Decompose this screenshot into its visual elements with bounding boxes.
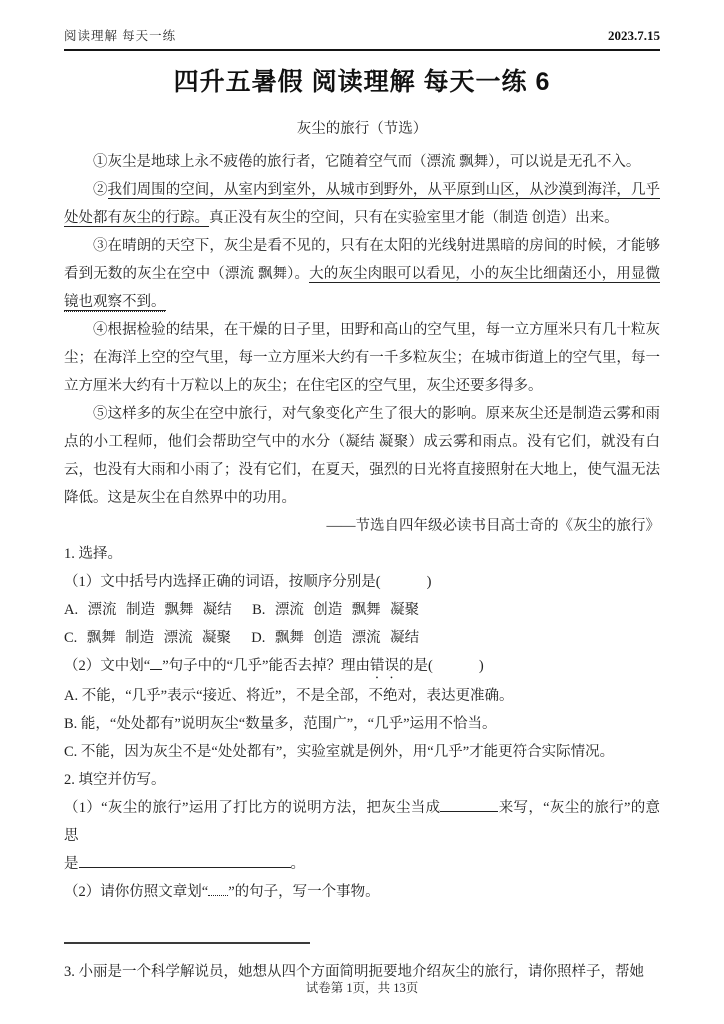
question-1-2-option-b: B. 能，“处处都有”说明灰尘“数量多，范围广”，“几乎”运用不恰当。: [64, 710, 660, 738]
passage-subtitle: 灰尘的旅行（节选）: [64, 119, 660, 139]
page-title: 四升五暑假 阅读理解 每天一练 6: [64, 65, 660, 99]
question-1-1-options-row-1: A. 漂流 制造 飘舞 凝结B. 漂流 创造 飘舞 凝聚: [64, 596, 660, 624]
question-1-stem: 1. 选择。: [64, 540, 660, 568]
passage-attribution: ——节选自四年级必读书目高士奇的《灰尘的旅行》: [64, 512, 660, 540]
question-1-2-emphasized-word: 错误: [370, 658, 399, 674]
question-1-2-text-pre: （2）文中划“: [64, 658, 150, 674]
question-1-2: （2）文中划“”句子中的“几乎”能否去掉？理由错误的是(): [64, 652, 660, 682]
answer-writing-line: [64, 942, 310, 944]
question-2-2-text-post: ”的句子，写一个事物。: [228, 884, 379, 900]
paragraph-3-underlined-tail: 镜也观察不到。: [64, 294, 166, 311]
option-b: B. 漂流 创造 飘舞 凝聚: [252, 602, 419, 618]
page-header: 阅读理解 每天一练 2023.7.15: [64, 26, 660, 51]
question-1-1: （1）文中括号内选择正确的词语，按顺序分别是(): [64, 568, 660, 596]
question-1-2-close-paren: ): [479, 658, 484, 674]
paragraph-2-rest: 真正没有灰尘的空间，只有在实验室里才能（制造 创造）出来。: [209, 210, 619, 226]
question-2-1-line2-period: 。: [291, 856, 306, 872]
passage-paragraph-5: ⑤这样多的灰尘在空中旅行，对气象变化产生了很大的影响。原来灰尘还是制造云雾和雨点…: [64, 400, 660, 512]
passage-paragraph-4: ④根据检验的结果，在干燥的日子里，田野和高山的空气里，每一立方厘米只有几十粒灰尘…: [64, 316, 660, 400]
question-1-2-text-mid: ”句子中的“几乎”能否去掉？理由: [162, 658, 370, 674]
question-1-2-option-c: C. 不能，因为灰尘不是“处处都有”，实验室就是例外，用“几乎”才能更符合实际情…: [64, 738, 660, 766]
question-1-1-options-row-2: C. 飘舞 制造 漂流 凝聚D. 飘舞 创造 漂流 凝结: [64, 624, 660, 652]
question-2-2-text-pre: （2）请你仿照文章划“: [64, 884, 208, 900]
question-2-1-text-pre: （1）“灰尘的旅行”运用了打比方的说明方法，把灰尘当成: [64, 800, 440, 816]
question-1-2-text-post: 的是(: [399, 658, 433, 674]
option-d: D. 飘舞 创造 漂流 凝结: [251, 630, 419, 646]
question-2-1: （1）“灰尘的旅行”运用了打比方的说明方法，把灰尘当成来写，“灰尘的旅行”的意思…: [64, 794, 660, 878]
passage: ①灰尘是地球上永不疲倦的旅行者，它随着空气而（漂流 飘舞），可以说是无孔不入。 …: [64, 148, 660, 540]
passage-paragraph-3: ③在晴朗的天空下，灰尘是看不见的，只有在太阳的光线射进黑暗的房间的时候，才能够看…: [64, 232, 660, 316]
passage-paragraph-1: ①灰尘是地球上永不疲倦的旅行者，它随着空气而（漂流 飘舞），可以说是无孔不入。: [64, 148, 660, 176]
question-2-stem: 2. 填空并仿写。: [64, 766, 660, 794]
wavy-underline-mark: [208, 881, 228, 896]
fill-in-blank-long: [79, 853, 291, 868]
question-2-2: （2）请你仿照文章划“”的句子，写一个事物。: [64, 878, 660, 906]
questions-section: 1. 选择。 （1）文中括号内选择正确的词语，按顺序分别是() A. 漂流 制造…: [64, 540, 660, 986]
paragraph-3-underlined-sentence: 大的灰尘肉眼可以看见，小的灰尘比细菌还小，用显微: [309, 266, 660, 283]
question-1-1-close-paren: ): [427, 574, 432, 590]
paragraph-2-marker: ②: [93, 182, 108, 198]
passage-paragraph-2: ②我们周围的空间，从室内到室外，从城市到野外，从平原到山区，从沙漠到海洋，几乎处…: [64, 176, 660, 232]
fill-in-blank-short: [440, 797, 498, 812]
solid-underline-mark: [150, 655, 162, 670]
question-2-1-line2-text: 是: [64, 856, 79, 872]
header-date: 2023.7.15: [608, 28, 660, 44]
option-a: A. 漂流 制造 飘舞 凝结: [64, 602, 232, 618]
worksheet-page: 阅读理解 每天一练 2023.7.15 四升五暑假 阅读理解 每天一练 6 灰尘…: [0, 0, 724, 1024]
question-1-1-text: （1）文中括号内选择正确的词语，按顺序分别是(: [64, 574, 381, 590]
page-footer: 试卷第 1页，共 13页: [0, 978, 724, 996]
question-1-2-option-a: A. 不能，“几乎”表示“接近、将近”，不是全部，不绝对，表达更准确。: [64, 682, 660, 710]
header-title: 阅读理解 每天一练: [64, 26, 176, 44]
option-c: C. 飘舞 制造 漂流 凝聚: [64, 630, 231, 646]
